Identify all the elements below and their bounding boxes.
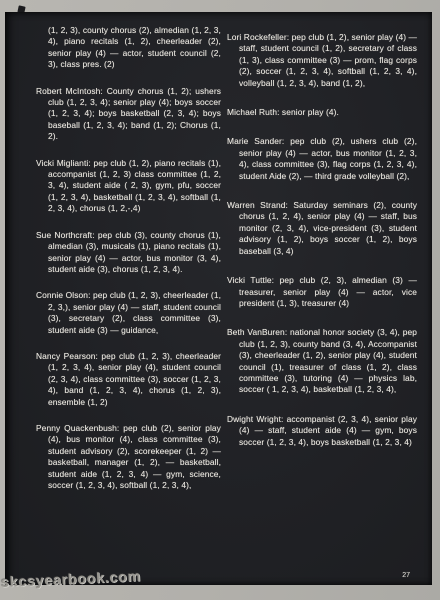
student-name: Warren Strand bbox=[227, 200, 285, 210]
student-activities: (1, 2, 3), county chorus (2), almedian (… bbox=[48, 25, 223, 69]
student-entry: Dwight Wright: accompanist (2, 3, 4), se… bbox=[227, 414, 417, 448]
page-number: 27 bbox=[402, 572, 410, 579]
student-entry: Connie Olson: pep club (1, 2, 3), cheerl… bbox=[36, 290, 221, 336]
left-column: (1, 2, 3), county chorus (2), almedian (… bbox=[36, 25, 221, 506]
student-name: Vicki Miglianti bbox=[36, 158, 88, 168]
student-activities: : pep club (2), senior play (4), bus mon… bbox=[48, 423, 223, 490]
student-name: Vicki Tuttle bbox=[227, 275, 272, 285]
student-name: Dwight Wright bbox=[227, 414, 281, 424]
student-name: Robert McIntosh bbox=[36, 86, 100, 96]
student-entry: Marie Sander: pep club (2), ushers club … bbox=[227, 136, 417, 182]
student-name: Michael Ruth bbox=[227, 107, 277, 117]
student-entry: (1, 2, 3), county chorus (2), almedian (… bbox=[36, 25, 221, 71]
student-entry: Sue Northcraft: pep club (3), county cho… bbox=[36, 230, 221, 276]
student-entry: Robert McIntosh: County chorus (1, 2); u… bbox=[36, 86, 221, 143]
student-name: Connie Olson bbox=[36, 290, 88, 300]
student-entry: Beth VanBuren: national honor society (3… bbox=[227, 327, 417, 395]
student-entry: Nancy Pearson: pep club (1, 2, 3), cheer… bbox=[36, 351, 221, 408]
student-name: Beth VanBuren bbox=[227, 327, 285, 337]
student-name: Nancy Pearson bbox=[36, 351, 96, 361]
student-entry: Vicki Miglianti: pep club (1, 2), piano … bbox=[36, 158, 221, 215]
student-activities: : national honor society (3, 4), pep clu… bbox=[239, 327, 419, 394]
student-name: Penny Quackenbush bbox=[36, 423, 117, 433]
student-entry: Warren Strand: Saturday seminars (2), co… bbox=[227, 200, 417, 257]
student-entry: Vicki Tuttle: pep club (2, 3), almedian … bbox=[227, 275, 417, 309]
student-entry: Lori Rockefeller: pep club (1, 2), senio… bbox=[227, 32, 417, 89]
student-name: Lori Rockefeller bbox=[227, 32, 287, 42]
student-entry: Penny Quackenbush: pep club (2), senior … bbox=[36, 423, 221, 491]
right-column: Lori Rockefeller: pep club (1, 2), senio… bbox=[227, 32, 417, 466]
student-entry: Michael Ruth: senior play (4). bbox=[227, 107, 417, 118]
student-name: Marie Sander bbox=[227, 136, 282, 146]
student-activities: : senior play (4). bbox=[277, 107, 339, 117]
yearbook-page: (1, 2, 3), county chorus (2), almedian (… bbox=[5, 12, 432, 585]
student-name: Sue Northcraft bbox=[36, 230, 92, 240]
scan-background: (1, 2, 3), county chorus (2), almedian (… bbox=[0, 0, 440, 600]
